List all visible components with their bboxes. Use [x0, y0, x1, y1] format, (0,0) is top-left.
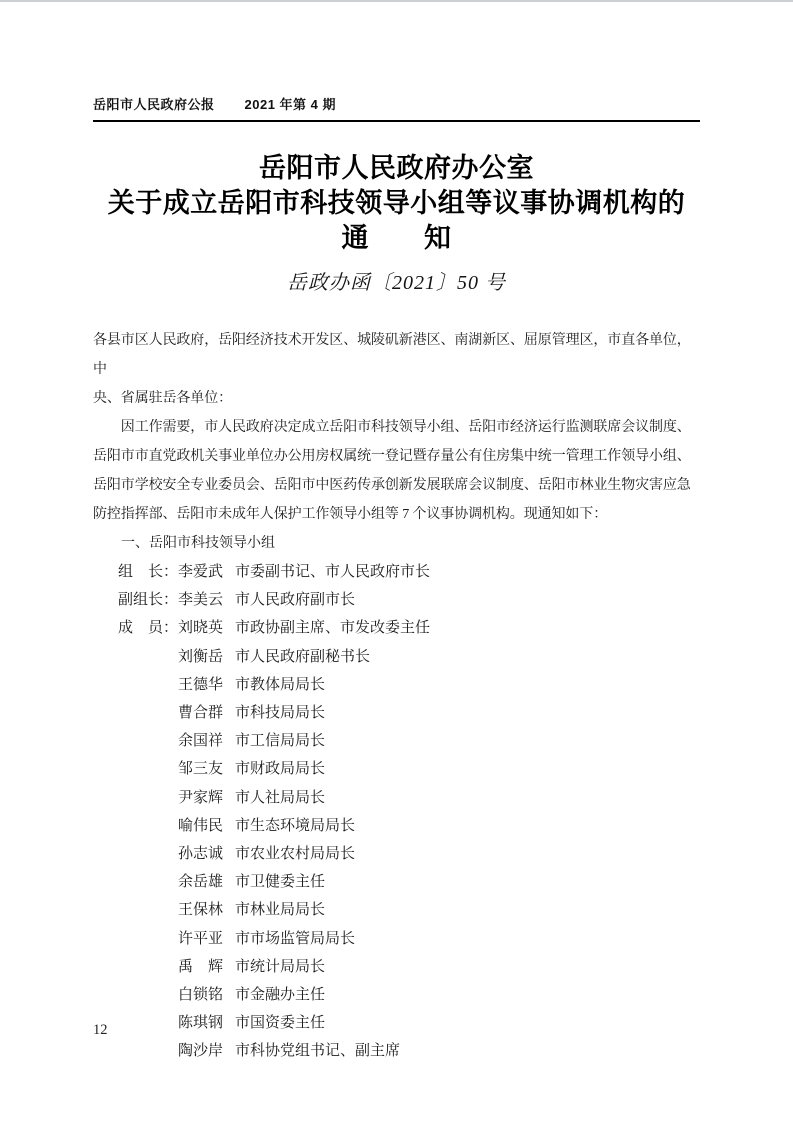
roster-row: 陶沙岸市科协党组书记、副主席 [93, 1037, 700, 1065]
roster-person-title: 市金融办主任 [235, 987, 325, 1003]
roster-person-title: 市科协党组书记、副主席 [235, 1043, 400, 1059]
roster-row: 余岳雄市卫健委主任 [93, 868, 700, 896]
roster-person-title: 市市场监管局局长 [235, 931, 355, 947]
roster-person-name: 李美云 [178, 586, 235, 614]
salutation-paragraph: 各县市区人民政府，岳阳经济技术开发区、城陵矶新港区、南湖新区、屈原管理区，市直各… [93, 326, 700, 413]
title-line-subject: 关于成立岳阳市科技领导小组等议事协调机构的 [93, 186, 700, 221]
roster-person-title: 市委副书记、市人民政府市长 [235, 564, 430, 580]
roster-person-name: 余国祥 [178, 727, 235, 755]
roster-person-title: 市卫健委主任 [235, 874, 325, 890]
body-line: 岳阳市学校安全专业委员会、岳阳市中医药传承创新发展联席会议制度、岳阳市林业生物灾… [93, 471, 700, 500]
roster-person-title: 市人民政府副市长 [235, 592, 355, 608]
roster-row: 孙志诚市农业农村局局长 [93, 840, 700, 868]
page-content: 岳阳市人民政府公报 2021 年第 4 期 岳阳市人民政府办公室 关于成立岳阳市… [0, 0, 793, 1066]
roster-row: 曹合群市科技局局长 [93, 699, 700, 727]
roster-row: 王德华市教体局局长 [93, 671, 700, 699]
roster-person-title: 市财政局局长 [235, 761, 325, 777]
roster-row: 尹家辉市人社局局长 [93, 784, 700, 812]
title-line-issuer: 岳阳市人民政府办公室 [93, 151, 700, 186]
body-line: 央、省属驻岳各单位： [93, 384, 700, 413]
roster-row: 禹 辉市统计局局长 [93, 953, 700, 981]
body-line: 防控指挥部、岳阳市未成年人保护工作领导小组等 7 个议事协调机构。现通知如下： [93, 500, 700, 529]
document-body: 各县市区人民政府，岳阳经济技术开发区、城陵矶新港区、南湖新区、屈原管理区，市直各… [93, 326, 700, 1066]
roster-role-label: 成 员： [118, 614, 178, 642]
roster-person-title: 市工信局局长 [235, 733, 325, 749]
issue-number: 2021 年第 4 期 [245, 94, 337, 113]
masthead: 岳阳市人民政府公报 2021 年第 4 期 [93, 94, 700, 122]
scan-edge-artifact [0, 0, 793, 2]
roster-person-name: 白锁铭 [178, 981, 235, 1009]
roster-person-name: 孙志诚 [178, 840, 235, 868]
roster-person-title: 市生态环境局局长 [235, 818, 355, 834]
roster-row: 喻伟民市生态环境局局长 [93, 812, 700, 840]
roster-person-name: 余岳雄 [178, 868, 235, 896]
body-line: 因工作需要，市人民政府决定成立岳阳市科技领导小组、岳阳市经济运行监测联席会议制度… [93, 413, 700, 442]
roster-person-name: 王保林 [178, 896, 235, 924]
gazette-page: 岳阳市人民政府公报 2021 年第 4 期 岳阳市人民政府办公室 关于成立岳阳市… [0, 0, 793, 1122]
roster-person-name: 刘晓英 [178, 614, 235, 642]
section-heading: 一、岳阳市科技领导小组 [93, 529, 700, 558]
document-title: 岳阳市人民政府办公室 关于成立岳阳市科技领导小组等议事协调机构的 通 知 [93, 151, 700, 256]
roster-person-name: 许平亚 [178, 925, 235, 953]
roster-role-label: 组 长： [118, 558, 178, 586]
roster: 组 长：李爱武市委副书记、市人民政府市长 副组长：李美云市人民政府副市长 成 员… [93, 558, 700, 1066]
page-number: 12 [93, 1022, 108, 1039]
roster-person-name: 尹家辉 [178, 784, 235, 812]
roster-role-label: 副组长： [118, 586, 178, 614]
roster-person-title: 市农业农村局局长 [235, 846, 355, 862]
roster-row: 王保林市林业局局长 [93, 896, 700, 924]
intro-paragraph: 因工作需要，市人民政府决定成立岳阳市科技领导小组、岳阳市经济运行监测联席会议制度… [93, 413, 700, 529]
roster-person-name: 禹 辉 [178, 953, 235, 981]
roster-person-name: 李爱武 [178, 558, 235, 586]
roster-row: 刘衡岳市人民政府副秘书长 [93, 643, 700, 671]
roster-person-title: 市政协副主席、市发改委主任 [235, 620, 430, 636]
roster-row: 邹三友市财政局局长 [93, 755, 700, 783]
roster-row: 组 长：李爱武市委副书记、市人民政府市长 [93, 558, 700, 586]
roster-person-name: 曹合群 [178, 699, 235, 727]
title-line-notice: 通 知 [93, 221, 700, 256]
roster-person-name: 陈琪钢 [178, 1009, 235, 1037]
roster-person-name: 陶沙岸 [178, 1037, 235, 1065]
roster-row: 白锁铭市金融办主任 [93, 981, 700, 1009]
roster-person-title: 市科技局局长 [235, 705, 325, 721]
document-number: 岳政办函〔2021〕50 号 [93, 266, 700, 295]
roster-person-title: 市人社局局长 [235, 790, 325, 806]
body-line: 各县市区人民政府，岳阳经济技术开发区、城陵矶新港区、南湖新区、屈原管理区，市直各… [93, 326, 700, 384]
roster-row: 成 员：刘晓英市政协副主席、市发改委主任 [93, 614, 700, 642]
roster-person-title: 市统计局局长 [235, 959, 325, 975]
gazette-title: 岳阳市人民政府公报 [93, 94, 215, 113]
roster-person-name: 喻伟民 [178, 812, 235, 840]
roster-person-title: 市人民政府副秘书长 [235, 649, 370, 665]
roster-row: 许平亚市市场监管局局长 [93, 925, 700, 953]
roster-person-title: 市林业局局长 [235, 902, 325, 918]
body-line: 岳阳市市直党政机关事业单位办公用房权属统一登记暨存量公有住房集中统一管理工作领导… [93, 442, 700, 471]
roster-person-name: 王德华 [178, 671, 235, 699]
roster-person-name: 刘衡岳 [178, 643, 235, 671]
roster-person-title: 市教体局局长 [235, 677, 325, 693]
roster-person-name: 邹三友 [178, 755, 235, 783]
roster-row: 副组长：李美云市人民政府副市长 [93, 586, 700, 614]
roster-person-title: 市国资委主任 [235, 1015, 325, 1031]
roster-row: 陈琪钢市国资委主任 [93, 1009, 700, 1037]
roster-row: 余国祥市工信局局长 [93, 727, 700, 755]
